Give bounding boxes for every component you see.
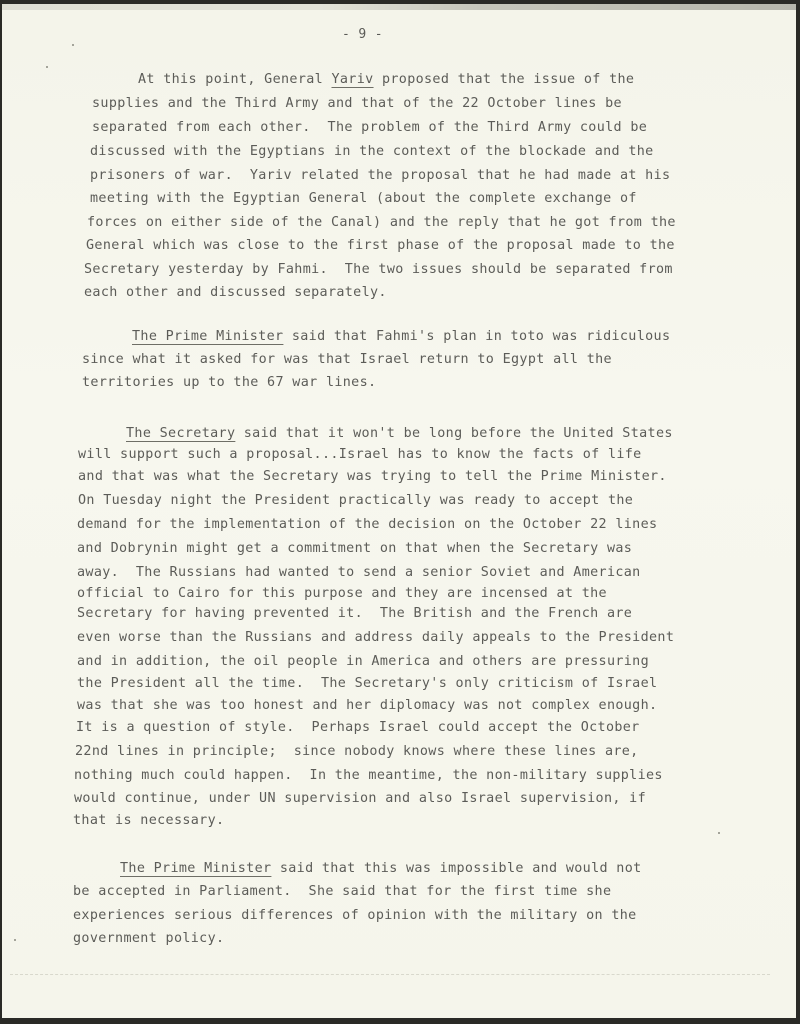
text-line: away. The Russians had wanted to send a … <box>77 565 641 581</box>
line-text: that is necessary. <box>73 813 224 828</box>
text-line: At this point, General Yariv proposed th… <box>138 72 634 88</box>
fold-line <box>10 974 770 975</box>
scan-top-edge <box>2 4 796 10</box>
line-text: 22nd lines in principle; since nobody kn… <box>75 744 639 759</box>
line-text: On Tuesday night the President practical… <box>78 493 633 508</box>
text-line: prisoners of war. Yariv related the prop… <box>90 168 670 184</box>
line-text: At this point, General <box>138 72 331 87</box>
text-line: discussed with the Egyptians in the cont… <box>90 144 654 160</box>
text-line: 22nd lines in principle; since nobody kn… <box>75 744 639 760</box>
text-line: even worse than the Russians and address… <box>77 630 674 646</box>
line-text: said that it won't be long before the Un… <box>235 426 672 441</box>
line-text: and Dobrynin might get a commitment on t… <box>77 541 632 556</box>
line-text: General which was close to the first pha… <box>86 238 675 253</box>
text-line: Secretary yesterday by Fahmi. The two is… <box>84 262 673 278</box>
text-line: experiences serious differences of opini… <box>73 908 637 924</box>
line-text: forces on either side of the Canal) and … <box>87 215 676 230</box>
line-text: since what it asked for was that Israel … <box>82 352 612 367</box>
line-text: said that this was impossible and would … <box>271 861 641 876</box>
scan-speck <box>72 44 74 46</box>
line-text: was that she was too honest and her dipl… <box>77 698 657 713</box>
text-line: and Dobrynin might get a commitment on t… <box>77 541 632 557</box>
line-text: each other and discussed separately. <box>84 285 387 300</box>
text-line: nothing much could happen. In the meanti… <box>74 768 663 784</box>
line-text: and in addition, the oil people in Ameri… <box>77 654 649 669</box>
text-line: since what it asked for was that Israel … <box>82 352 612 368</box>
line-text: be accepted in Parliament. She said that… <box>73 884 611 899</box>
underlined-speaker-name: Yariv <box>331 72 373 87</box>
scan-speck <box>14 939 16 941</box>
text-line: was that she was too honest and her dipl… <box>77 698 657 714</box>
line-text: and that was what the Secretary was tryi… <box>78 469 667 484</box>
line-text: supplies and the Third Army and that of … <box>92 96 622 111</box>
text-line: official to Cairo for this purpose and t… <box>77 586 607 602</box>
line-text: government policy. <box>73 931 224 946</box>
scan-speck <box>718 832 720 834</box>
text-line: government policy. <box>73 931 224 947</box>
text-line: territories up to the 67 war lines. <box>82 375 376 391</box>
underlined-speaker-name: The Prime Minister <box>132 329 283 344</box>
text-line: supplies and the Third Army and that of … <box>92 96 622 112</box>
line-text: Secretary for having prevented it. The B… <box>77 606 632 621</box>
text-line: It is a question of style. Perhaps Israe… <box>76 720 640 736</box>
page-number: - 9 - <box>342 27 383 42</box>
line-text: experiences serious differences of opini… <box>73 908 637 923</box>
text-line: that is necessary. <box>73 813 224 829</box>
text-line: On Tuesday night the President practical… <box>78 493 633 509</box>
line-text: proposed that the issue of the <box>374 72 635 87</box>
text-line: and that was what the Secretary was tryi… <box>78 469 667 485</box>
line-text: Secretary yesterday by Fahmi. The two is… <box>84 262 673 277</box>
line-text: said that Fahmi's plan in toto was ridic… <box>283 329 670 344</box>
text-line: meeting with the Egyptian General (about… <box>90 191 637 207</box>
text-line: will support such a proposal...Israel ha… <box>78 447 642 463</box>
line-text: away. The Russians had wanted to send a … <box>77 565 641 580</box>
line-text: nothing much could happen. In the meanti… <box>74 768 663 783</box>
line-text: territories up to the 67 war lines. <box>82 375 376 390</box>
text-line: be accepted in Parliament. She said that… <box>73 884 611 900</box>
line-text: meeting with the Egyptian General (about… <box>90 191 637 206</box>
underlined-speaker-name: The Secretary <box>126 426 235 441</box>
text-line: would continue, under UN supervision and… <box>74 791 646 807</box>
text-line: forces on either side of the Canal) and … <box>87 215 676 231</box>
text-line: separated from each other. The problem o… <box>92 120 647 136</box>
text-line: The Prime Minister said that this was im… <box>120 861 642 877</box>
text-line: demand for the implementation of the dec… <box>77 517 657 533</box>
line-text: prisoners of war. Yariv related the prop… <box>90 168 670 183</box>
text-line: and in addition, the oil people in Ameri… <box>77 654 649 670</box>
scan-speck <box>46 66 48 68</box>
underlined-speaker-name: The Prime Minister <box>120 861 271 876</box>
text-line: The Prime Minister said that Fahmi's pla… <box>132 329 670 345</box>
text-line: Secretary for having prevented it. The B… <box>77 606 632 622</box>
line-text: separated from each other. The problem o… <box>92 120 647 135</box>
text-line: the President all the time. The Secretar… <box>77 676 657 692</box>
document-page: - 9 - At this point, General Yariv propo… <box>2 4 796 1018</box>
line-text: demand for the implementation of the dec… <box>77 517 657 532</box>
line-text: official to Cairo for this purpose and t… <box>77 586 607 601</box>
line-text: It is a question of style. Perhaps Israe… <box>76 720 640 735</box>
line-text: even worse than the Russians and address… <box>77 630 674 645</box>
text-line: General which was close to the first pha… <box>86 238 675 254</box>
line-text: would continue, under UN supervision and… <box>74 791 646 806</box>
line-text: will support such a proposal...Israel ha… <box>78 447 642 462</box>
line-text: discussed with the Egyptians in the cont… <box>90 144 654 159</box>
text-line: The Secretary said that it won't be long… <box>126 426 673 442</box>
line-text: the President all the time. The Secretar… <box>77 676 657 691</box>
text-line: each other and discussed separately. <box>84 285 387 301</box>
